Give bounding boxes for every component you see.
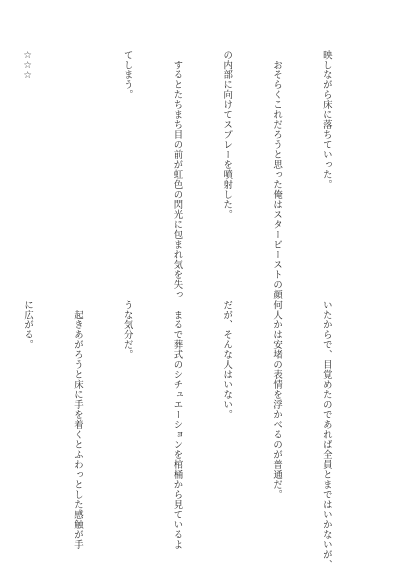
bottom-text-block: いたからで、目覚めたのであれば全員とまではいかないが、 何人かは安堵の表情を浮か…: [0, 300, 367, 515]
text-line: 起きあがろうと床に手を着くとふわっとした感触が手: [68, 300, 85, 515]
top-text-block: 映しながら床に落ちていった。 おそらくこれだろうと思った俺はスタービーストの顔 …: [0, 50, 367, 265]
text-line: の内部に向けてスプレーを噴射した。: [218, 50, 235, 265]
text-line: おそらくこれだろうと思った俺はスタービーストの顔: [267, 50, 284, 265]
text-line: 映しながら床に落ちていった。: [317, 50, 334, 265]
text-line: てしまう。: [118, 50, 135, 265]
text-line: まるで葬式のシチュエーションを棺桶から見ているよ: [168, 300, 185, 515]
text-line: だが、そんな人はいない。: [218, 300, 235, 515]
text-line: するとたちまち目の前が虹色の閃光に包まれ気を失っ: [168, 50, 185, 265]
text-line: いたからで、目覚めたのであれば全員とまではいかないが、: [317, 300, 334, 515]
text-line: うな気分だ。: [118, 300, 135, 515]
scene-break-stars: ☆☆☆: [19, 50, 36, 265]
text-line: に広がる。: [19, 300, 36, 515]
blank-line: [68, 50, 85, 265]
text-line: 何人かは安堵の表情を浮かべるのが普通だ。: [267, 300, 284, 515]
